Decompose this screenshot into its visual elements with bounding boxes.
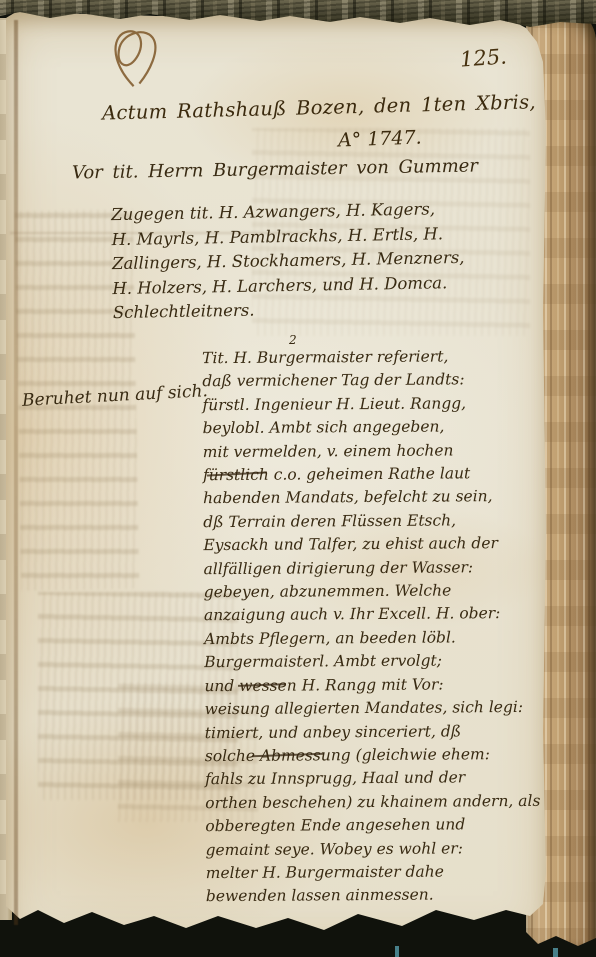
gutter-crease	[14, 20, 18, 925]
background-gap-sliver	[395, 946, 399, 957]
manuscript-page	[6, 12, 548, 946]
background-gap-sliver	[553, 948, 558, 957]
archival-manuscript-scan: 125. Actum Rathshauß Bozen, den 1ten Xbr…	[0, 0, 596, 957]
pen-flourish-icon	[98, 25, 171, 98]
fold-crease	[10, 232, 310, 234]
